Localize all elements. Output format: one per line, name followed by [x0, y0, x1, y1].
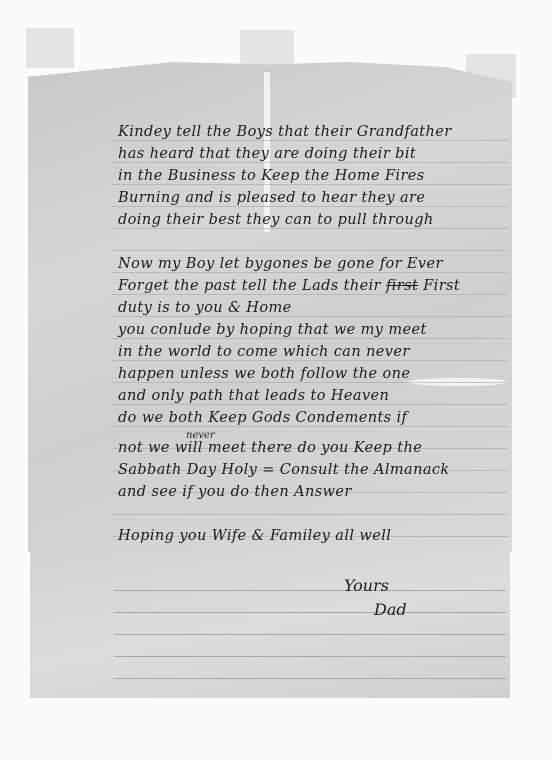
- letter-line: in the Business to Keep the Home Fires: [118, 168, 425, 184]
- letter-line: Burning and is pleased to hear they are: [118, 190, 425, 206]
- replacement-word: First: [423, 278, 460, 294]
- letter-line: you conlude by hoping that we my meet: [118, 322, 427, 338]
- letter-page-lower: [30, 550, 510, 698]
- ruled-line: [112, 426, 508, 427]
- ruled-line: [112, 360, 508, 361]
- ruled-line: [112, 140, 508, 141]
- ruled-line: [112, 184, 508, 185]
- ruled-line: [112, 206, 508, 207]
- tape-top-left: [26, 28, 74, 68]
- letter-line: Forget the past tell the Lads their firs…: [118, 278, 460, 294]
- letter-line: in the world to come which can never: [118, 344, 410, 360]
- letter-line: and see if you do then Answer: [118, 484, 352, 500]
- letter-line: do we both Keep Gods Condements if: [118, 410, 407, 426]
- letter-line: Hoping you Wife & Familey all well: [118, 528, 391, 544]
- ruled-line: [112, 294, 508, 295]
- letter-line: not we will meet there do you Keep the: [118, 440, 422, 456]
- ruled-line: [112, 316, 508, 317]
- letter-line: happen unless we both follow the one: [118, 366, 410, 382]
- letter-line: Now my Boy let bygones be gone for Ever: [118, 256, 443, 272]
- ruled-line: [112, 162, 508, 163]
- letter-line: has heard that they are doing their bit: [118, 146, 416, 162]
- ruled-line: [112, 272, 508, 273]
- letter-line: doing their best they can to pull throug…: [118, 212, 434, 228]
- ruled-line: [112, 250, 508, 251]
- struck-word: first: [386, 278, 418, 294]
- ruled-line: [112, 382, 508, 383]
- letter-text: Forget the past tell the Lads their: [118, 278, 381, 294]
- ruled-line: [112, 228, 508, 229]
- letter-line: Kindey tell the Boys that their Grandfat…: [118, 124, 452, 140]
- ruled-line: [112, 514, 508, 515]
- letter-line: Sabbath Day Holy = Consult the Almanack: [118, 462, 450, 478]
- signature: Dad: [374, 600, 407, 619]
- ruled-line: [112, 338, 508, 339]
- closing: Yours: [344, 576, 389, 595]
- ruled-line: [112, 404, 508, 405]
- letter-line: duty is to you & Home: [118, 300, 292, 316]
- letter-line: and only path that leads to Heaven: [118, 388, 389, 404]
